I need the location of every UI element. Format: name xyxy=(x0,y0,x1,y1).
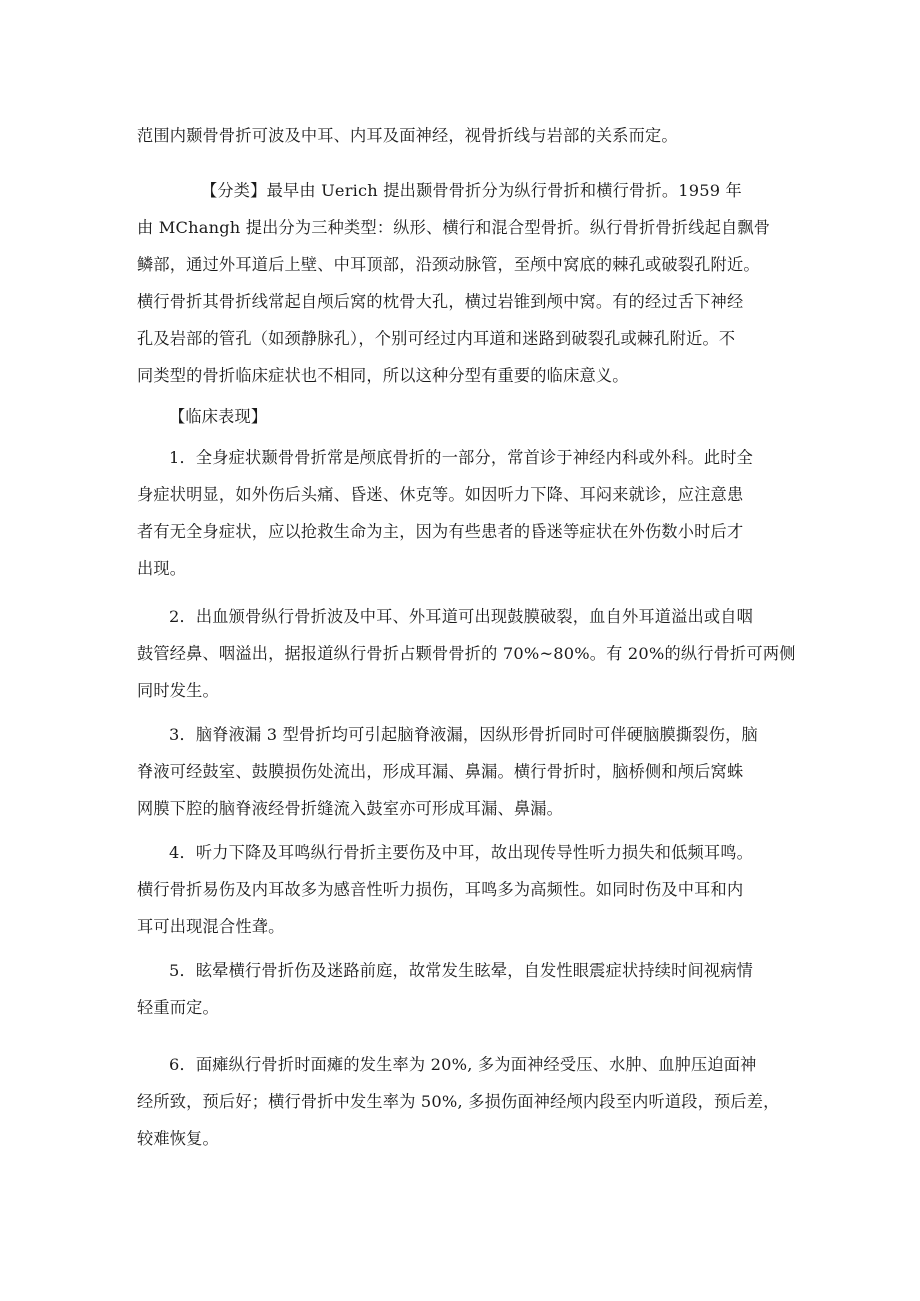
clinical-item-6-line: 较难恢复。 xyxy=(137,1129,219,1149)
clinical-item-5-line: 轻重而定。 xyxy=(137,998,219,1018)
classification-line: 由 MChangh 提出分为三种类型：纵形、横行和混合型骨折。纵行骨折骨折线起自… xyxy=(137,218,770,238)
clinical-item-1-line: 出现。 xyxy=(137,559,186,579)
clinical-item-3-line: 脊液可经鼓室、鼓膜损伤处流出，形成耳漏、鼻漏。横行骨折时，脑桥侧和颅后窝蛛 xyxy=(137,762,743,782)
clinical-item-6-line: 经所致，预后好；横行骨折中发生率为 50%, 多损伤面神经颅内段至内听道段，预后… xyxy=(137,1092,780,1112)
intro-line: 范围内颞骨骨折可波及中耳、内耳及面神经，视骨折线与岩部的关系而定。 xyxy=(137,126,678,146)
clinical-item-3-line: 网膜下腔的脑脊液经骨折缝流入鼓室亦可形成耳漏、鼻漏。 xyxy=(137,799,563,819)
classification-line: 横行骨折其骨折线常起自颅后窝的枕骨大孔，横过岩锥到颅中窝。有的经过舌下神经 xyxy=(137,292,743,312)
classification-heading: 【分类】 xyxy=(201,181,267,200)
clinical-item-1-line: 1．全身症状颞骨骨折常是颅底骨折的一部分，常首诊于神经内科或外科。此时全 xyxy=(169,448,753,468)
classification-line: 鳞部，通过外耳道后上壁、中耳顶部，沿颈动脉管，至颅中窝底的棘孔或破裂孔附近。 xyxy=(137,255,760,275)
clinical-item-2-line: 同时发生。 xyxy=(137,681,219,701)
clinical-item-4-line: 耳可出现混合性聋。 xyxy=(137,917,285,937)
classification-line: 同类型的骨折临床症状也不相同，所以这种分型有重要的临床意义。 xyxy=(137,366,629,386)
classification-first-line: 【分类】最早由 Uerich 提出颞骨骨折分为纵行骨折和横行骨折。1959 年 xyxy=(201,181,742,201)
clinical-item-2-line: 2．出血颁骨纵行骨折波及中耳、外耳道可出现鼓膜破裂，血自外耳道溢出或自咽 xyxy=(169,607,753,627)
clinical-item-1-line: 者有无全身症状，应以抢救生命为主，因为有些患者的昏迷等症状在外伤数小时后才 xyxy=(137,522,743,542)
clinical-item-5-line: 5．眩晕横行骨折伤及迷路前庭，故常发生眩晕，自发性眼震症状持续时间视病情 xyxy=(169,961,753,981)
classification-line: 孔及岩部的管孔（如颈静脉孔），个别可经过内耳道和迷路到破裂孔或棘孔附近。不 xyxy=(137,329,735,349)
clinical-item-6-line: 6．面瘫纵行骨折时面瘫的发生率为 20%, 多为面神经受压、水肿、血肿压迫面神 xyxy=(169,1055,757,1075)
classification-line: 最早由 Uerich 提出颞骨骨折分为纵行骨折和横行骨折。1959 年 xyxy=(267,181,742,200)
clinical-item-4-line: 横行骨折易伤及内耳故多为感音性听力损伤，耳鸣多为高频性。如同时伤及中耳和内 xyxy=(137,880,743,900)
clinical-item-4-line: 4．听力下降及耳鸣纵行骨折主要伤及中耳，故出现传导性听力损失和低频耳鸣。 xyxy=(169,843,753,863)
clinical-heading: 【临床表现】 xyxy=(169,407,267,427)
clinical-item-1-line: 身症状明显，如外伤后头痛、昏迷、休克等。如因听力下降、耳闷来就诊，应注意患 xyxy=(137,485,743,505)
clinical-item-2-line: 鼓管经鼻、咽溢出，据报道纵行骨折占颗骨骨折的 70%~80%。有 20%的纵行骨… xyxy=(137,644,796,664)
clinical-item-3-line: 3．脑脊液漏 3 型骨折均可引起脑脊液漏，因纵形骨折同时可伴硬脑膜撕裂伤，脑 xyxy=(169,725,758,745)
